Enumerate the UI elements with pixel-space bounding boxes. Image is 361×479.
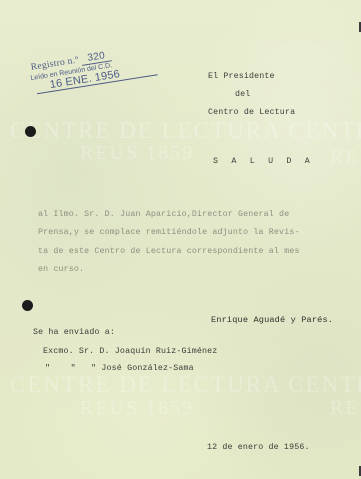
- body-line: Prensa,y se complace remitiéndole adjunt…: [38, 228, 300, 237]
- watermark-text: REUS 1859: [80, 397, 194, 420]
- greeting: S A L U D A: [213, 157, 314, 166]
- punch-hole-icon: [22, 300, 33, 311]
- document-date: 12 de enero de 1956.: [207, 443, 310, 452]
- watermark-text: CENTRE DE LECTURA CENTRE: [10, 118, 361, 144]
- letterhead-line-3: Centro de Lectura: [208, 108, 295, 117]
- watermark-text: RE: [330, 397, 360, 420]
- body-line: ta de este Centro de Lectura correspondi…: [38, 247, 300, 256]
- letterhead-line-2: del: [235, 90, 250, 99]
- recipient-line: " " " José González-Sama: [45, 364, 194, 373]
- distribution-label: Se ha enviado a:: [33, 328, 115, 337]
- recipient-line: Excmo. Sr. D. Joaquín Ruiz-Giménez: [43, 347, 217, 356]
- document-page: CENTRE DE LECTURA CENTRE REUS 1859 RE CE…: [0, 0, 361, 479]
- registry-stamp: Registro n.º320 Leído en Reunión del C.D…: [30, 43, 154, 94]
- signature: Enrique Aguadé y Parés.: [211, 315, 333, 325]
- body-line: al Ilmo. Sr. D. Juan Aparicio,Director G…: [38, 210, 289, 219]
- watermark-text: REUS 1859: [80, 142, 194, 165]
- punch-hole-icon: [25, 126, 36, 137]
- body-line: en curso.: [38, 265, 84, 274]
- letterhead-line-1: El Presidente: [208, 72, 275, 81]
- watermark-text: CENTRE DE LECTURA CENTRE: [10, 372, 361, 398]
- watermark-text: RE: [330, 146, 360, 169]
